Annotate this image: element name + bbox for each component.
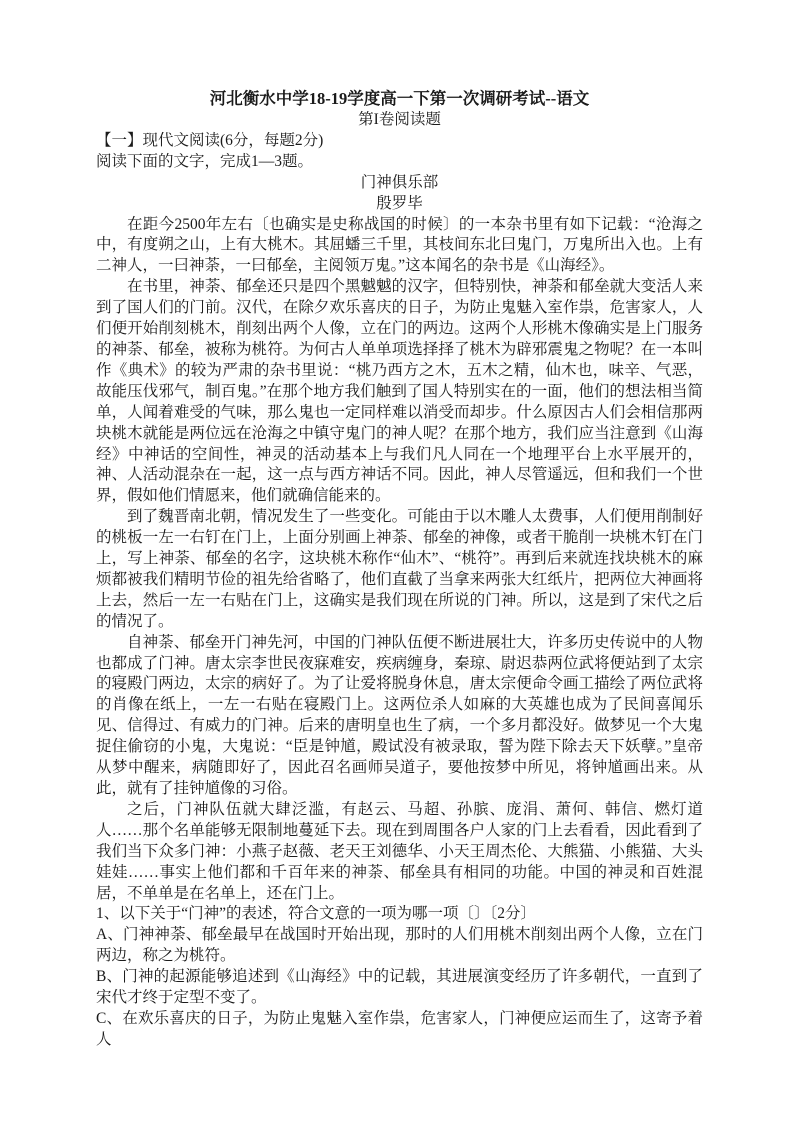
question-1-stem: 1、以下关于“门神”的表述，符合文意的一项为哪一项〔〕〔2分〕 (96, 904, 703, 925)
article-paragraph: 自神荼、郁垒开门神先河，中国的门神队伍便不断进展壮大，许多历史传说中的人物也都成… (96, 633, 703, 800)
article-title: 门神俱乐部 (96, 173, 703, 194)
part-heading: 【一】现代文阅读(6分，每题2分) (96, 131, 703, 152)
question-1-option-a: A、门神神荼、郁垒最早在战国时开始出现，那时的人们用桃木削刻出两个人像，立在门两… (96, 925, 703, 967)
article-author: 殷罗毕 (96, 194, 703, 215)
page-title: 河北衡水中学18-19学度高一下第一次调研考试--语文 (96, 88, 703, 110)
question-1-option-b: B、门神的起源能够追述到《山海经》中的记载，其进展演变经历了许多朝代，一直到了宋… (96, 967, 703, 1009)
article-paragraph: 在距今2500年左右〔也确实是史称战国的时候〕的一本杂书里有如下记载：“沧海之中… (96, 215, 703, 278)
article-paragraph: 之后，门神队伍就大肆泛滥，有赵云、马超、孙膑、庞涓、萧何、韩信、燃灯道人……那个… (96, 800, 703, 905)
question-1-option-c: C、在欢乐喜庆的日子，为防止鬼魅入室作祟，危害家人，门神便应运而生了，这寄予着人 (96, 1009, 703, 1051)
reading-instruction: 阅读下面的文字，完成1—3题。 (96, 152, 703, 173)
exam-document-page: 河北衡水中学18-19学度高一下第一次调研考试--语文 第I卷阅读题 【一】现代… (0, 0, 793, 1122)
article-paragraph: 到了魏晋南北朝，情况发生了一些变化。可能由于以木雕人太费事，人们便用削制好的桃板… (96, 507, 703, 632)
section-heading: 第I卷阅读题 (96, 110, 703, 131)
article-paragraph: 在书里，神荼、郁垒还只是四个黑魆魆的汉字，但特别快，神荼和郁垒就大变活人来到了国… (96, 277, 703, 507)
